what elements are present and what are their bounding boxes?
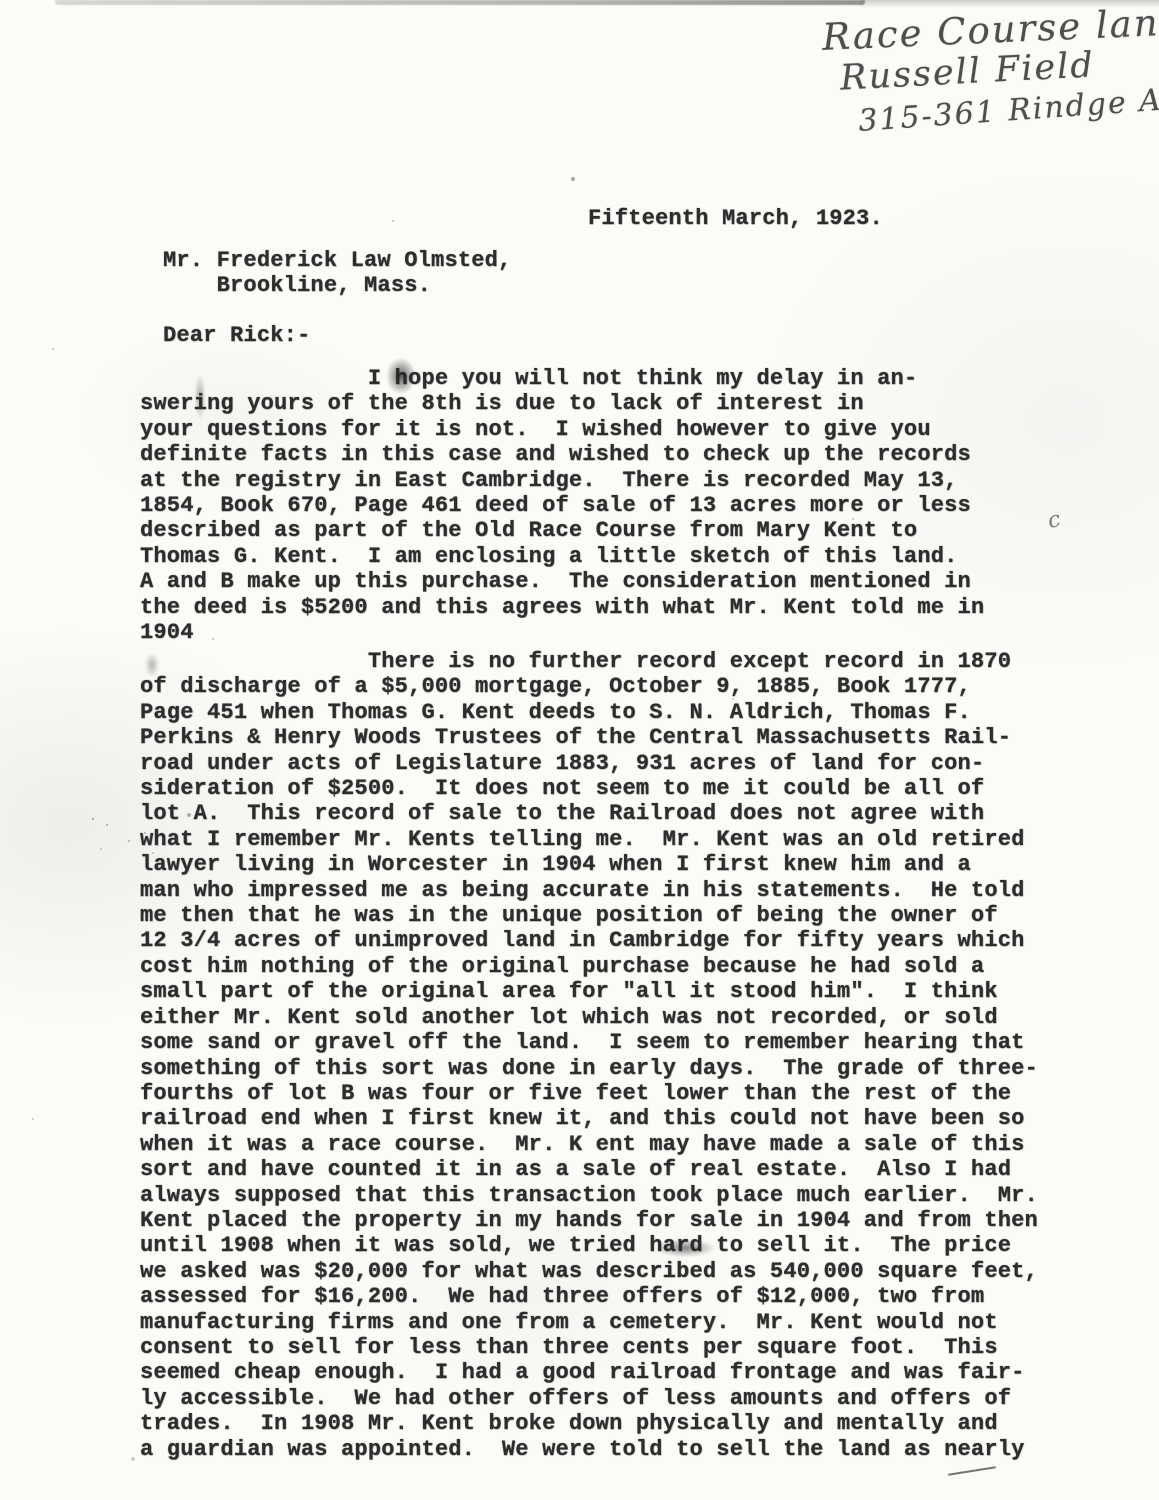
pencil-margin-mark: c: [1046, 507, 1063, 534]
pencil-stroke: [948, 1466, 996, 1475]
scanned-letter-page: Race Course land Russell Field 315-361 R…: [0, 0, 1159, 1500]
letter-paragraph-1: I hope you will not think my delay in an…: [140, 366, 984, 645]
paper-speckles: [92, 818, 94, 820]
scan-edge-artifact: [55, 0, 865, 5]
salutation: Dear Rick:-: [163, 323, 310, 348]
recipient-address: Mr. Frederick Law Olmsted, Brookline, Ma…: [163, 248, 511, 299]
letter-paragraph-2: There is no further record except record…: [140, 649, 1038, 1462]
letter-date: Fifteenth March, 1923.: [588, 206, 883, 231]
